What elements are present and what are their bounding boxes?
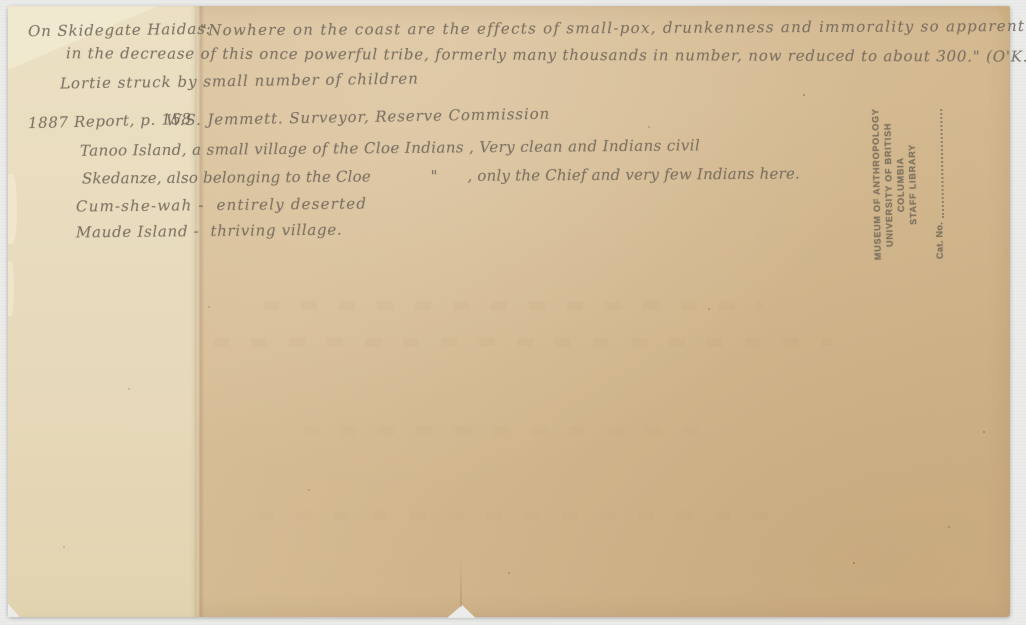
torn-edge-chip	[8, 174, 17, 244]
village-entry-cumshewah: Cum-she-wah - entirely deserted	[76, 194, 367, 215]
scanner-background: On Skidegate Haidas: "Nowhere on the coa…	[0, 0, 1026, 625]
paper-sheet: On Skidegate Haidas: "Nowhere on the coa…	[8, 6, 1010, 617]
report-source: W.S. Jemmett. Surveyor, Reserve Commissi…	[166, 105, 550, 130]
bottom-tear-crease	[460, 559, 462, 607]
note-heading: On Skidegate Haidas:	[28, 20, 212, 41]
bleed-through-artifact	[258, 511, 778, 520]
note-quote-line-1: "Nowhere on the coast are the effects of…	[200, 17, 1026, 39]
library-stamp: MUSEUM OF ANTHROPOLOGY UNIVERSITY OF BRI…	[869, 109, 957, 260]
note-observation-line: Lortie struck by small number of childre…	[60, 69, 419, 92]
bleed-through-artifact	[213, 338, 833, 347]
foxing-specks	[8, 6, 10, 8]
bleed-through-artifact	[263, 301, 763, 310]
bleed-through-artifact	[303, 426, 713, 435]
torn-edge-chip	[8, 261, 14, 316]
fold-crease-line	[197, 6, 204, 617]
cat-no-dotted-line	[932, 109, 944, 218]
bottom-edge-tear	[447, 605, 485, 618]
stamp-staff-library-line: STAFF LIBRARY	[905, 109, 920, 259]
cat-no-label: Cat. No.	[934, 222, 945, 259]
note-quote-line-2: in the decrease of this once powerful tr…	[66, 44, 1026, 66]
stamp-cat-no-row: Cat. No.	[932, 109, 945, 259]
paper-left-fold-strip	[8, 6, 197, 617]
village-entry-skedanze: Skedanze, also belonging to the Cloe " ,…	[82, 164, 800, 187]
village-entry-maude-island: Maude Island - thriving village.	[76, 221, 343, 242]
